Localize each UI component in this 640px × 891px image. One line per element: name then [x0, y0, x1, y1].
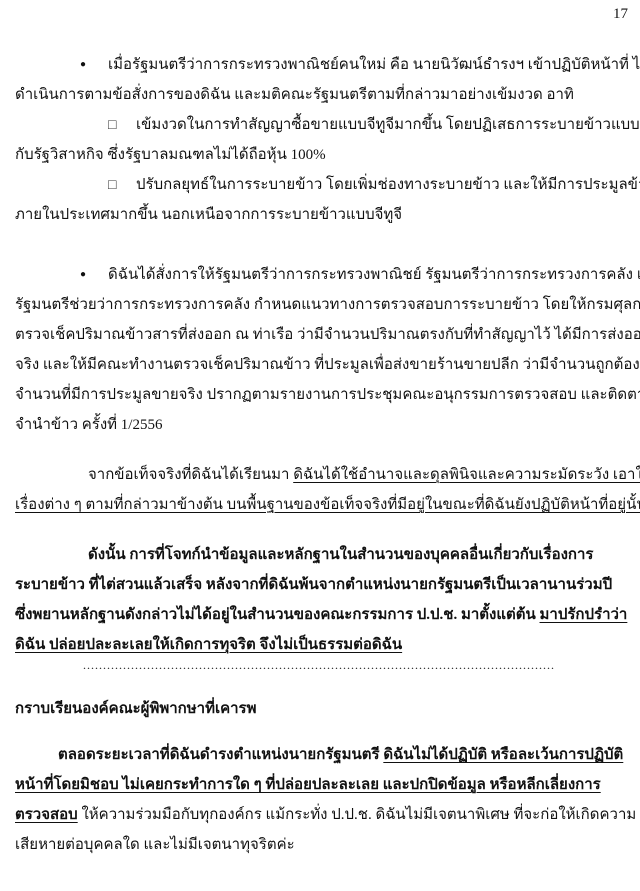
text-segment: ดิฉันไม่ได้ปฏิบัติ หรือละเว้นการปฏิบัติ	[383, 747, 623, 763]
text-line: จากข้อเท็จจริงที่ดิฉันได้เรียนมา ดิฉันได…	[15, 460, 627, 490]
discretion-paragraph: จากข้อเท็จจริงที่ดิฉันได้เรียนมา ดิฉันได…	[15, 460, 627, 520]
text-segment: ตรวจสอบ	[15, 807, 78, 823]
text-line: □ปรับกลยุทธ์ในการระบายข้าว โดยเพิ่มช่องท…	[15, 170, 627, 200]
text-line: ระบายข้าว ที่ไต่สวนแล้วเสร็จ หลังจากที่ด…	[15, 570, 627, 600]
text-segment: ซึ่งพยานหลักฐานดังกล่าวไม่ได้อยู่ในสำนวน…	[15, 607, 540, 623]
text-segment: หน้าที่โดยมิชอบ ไม่เคยกระทำการใด ๆ ที่ปล…	[15, 777, 601, 793]
text-segment: กับรัฐวิสาหกิจ ซึ่งรัฐบาลมณฑลไม่ได้ถือหุ…	[15, 147, 326, 163]
bullet-icon: ●	[80, 50, 108, 80]
text-line: ดังนั้น การที่โจทก์นำข้อมูลและหลักฐานในส…	[15, 540, 627, 570]
text-line: ●ดิฉันได้สั่งการให้รัฐมนตรีว่าการกระทรวง…	[15, 260, 627, 290]
minister-bullet: ●เมื่อรัฐมนตรีว่าการกระทรวงพาณิชย์คนใหม่…	[15, 50, 627, 110]
text-segment: จำนวนที่มีการประมูลขายจริง ปรากฏตามรายงา…	[15, 387, 640, 403]
dotted-separator-line: ........................................…	[83, 654, 555, 676]
text-segment: ดิฉันได้ใช้อำนาจและดุลพินิจและความระมัดร…	[293, 467, 640, 483]
checkbox-icon: □	[108, 171, 136, 201]
text-line: ตรวจสอบ ให้ความร่วมมือกับทุกองค์กร แม้กร…	[15, 800, 627, 830]
text-line: ตรวจเช็คปริมาณข้าวสารที่ส่งออก ณ ท่าเรือ…	[15, 320, 627, 350]
text-line: ภายในประเทศมากขึ้น นอกเหนือจากการระบายข้…	[15, 200, 627, 230]
text-segment: ดิฉันได้สั่งการให้รัฐมนตรีว่าการกระทรวงพ…	[108, 267, 640, 283]
text-segment: เมื่อรัฐมนตรีว่าการกระทรวงพาณิชย์คนใหม่ …	[108, 57, 640, 73]
text-segment: เสียหายต่อบุคคลใด และไม่มีเจตนาทุจริตค่ะ	[15, 837, 295, 853]
text-segment: กราบเรียนองค์คณะผู้พิพากษาที่เคารพ	[15, 701, 256, 717]
page-number: 17	[613, 5, 628, 23]
text-line: จำนำข้าว ครั้งที่ 1/2556	[15, 410, 627, 440]
text-line: รัฐมนตรีช่วยว่าการกระทรวงการคลัง กำหนดแน…	[15, 290, 627, 320]
text-segment: ตลอดระยะเวลาที่ดิฉันดำรงตำแหน่งนายกรัฐมน…	[58, 747, 383, 763]
text-segment: มาปรักปรำว่า	[540, 607, 628, 623]
text-segment: รัฐมนตรีช่วยว่าการกระทรวงการคลัง กำหนดแน…	[15, 297, 640, 313]
gtog-checkbox: □เข้มงวดในการทำสัญญาซื้อขายแบบจีทูจีมากข…	[15, 110, 627, 170]
text-segment: ดังนั้น การที่โจทก์นำข้อมูลและหลักฐานในส…	[88, 547, 593, 563]
closing-paragraph: ตลอดระยะเวลาที่ดิฉันดำรงตำแหน่งนายกรัฐมน…	[15, 740, 627, 860]
text-segment: เข้มงวดในการทำสัญญาซื้อขายแบบจีทูจีมากขึ…	[136, 117, 640, 133]
text-segment: จำนำข้าว ครั้งที่ 1/2556	[15, 417, 162, 433]
text-line: เรื่องต่าง ๆ ตามที่กล่าวมาข้างต้น บนพื้น…	[15, 490, 627, 520]
text-line: ซึ่งพยานหลักฐานดังกล่าวไม่ได้อยู่ในสำนวน…	[15, 600, 627, 630]
bullet-icon: ●	[80, 260, 108, 290]
text-line: เสียหายต่อบุคคลใด และไม่มีเจตนาทุจริตค่ะ	[15, 830, 627, 860]
text-line: จริง และให้มีคณะทำงานตรวจเช็คปริมาณข้าว …	[15, 350, 627, 380]
text-segment: จริง และให้มีคณะทำงานตรวจเช็คปริมาณข้าว …	[15, 357, 640, 373]
strategy-checkbox: □ปรับกลยุทธ์ในการระบายข้าว โดยเพิ่มช่องท…	[15, 170, 627, 230]
text-segment: ให้ความร่วมมือกับทุกองค์กร แม้กระทั่ง ป.…	[78, 807, 637, 823]
inspection-bullet: ●ดิฉันได้สั่งการให้รัฐมนตรีว่าการกระทรวง…	[15, 260, 627, 440]
text-segment: ตรวจเช็คปริมาณข้าวสารที่ส่งออก ณ ท่าเรือ…	[15, 327, 640, 343]
text-line: จำนวนที่มีการประมูลขายจริง ปรากฏตามรายงา…	[15, 380, 627, 410]
plaintiff-paragraph: ดังนั้น การที่โจทก์นำข้อมูลและหลักฐานในส…	[15, 540, 627, 660]
text-line: □เข้มงวดในการทำสัญญาซื้อขายแบบจีทูจีมากข…	[15, 110, 627, 140]
text-segment: ภายในประเทศมากขึ้น นอกเหนือจากการระบายข้…	[15, 207, 402, 223]
salutation-heading: กราบเรียนองค์คณะผู้พิพากษาที่เคารพ	[15, 694, 627, 724]
text-line: หน้าที่โดยมิชอบ ไม่เคยกระทำการใด ๆ ที่ปล…	[15, 770, 627, 800]
text-segment: จากข้อเท็จจริงที่ดิฉันได้เรียนมา	[88, 467, 293, 483]
text-segment: ดิฉัน ปล่อยปละละเลยให้เกิดการทุจริต จึงไ…	[15, 637, 402, 653]
document-body: ●เมื่อรัฐมนตรีว่าการกระทรวงพาณิชย์คนใหม่…	[15, 50, 627, 860]
text-line: กับรัฐวิสาหกิจ ซึ่งรัฐบาลมณฑลไม่ได้ถือหุ…	[15, 140, 627, 170]
text-segment: ระบายข้าว ที่ไต่สวนแล้วเสร็จ หลังจากที่ด…	[15, 577, 612, 593]
text-line: ตลอดระยะเวลาที่ดิฉันดำรงตำแหน่งนายกรัฐมน…	[15, 740, 627, 770]
text-line: ดำเนินการตามข้อสั่งการของดิฉัน และมติคณะ…	[15, 80, 627, 110]
text-line: กราบเรียนองค์คณะผู้พิพากษาที่เคารพ	[15, 694, 627, 724]
text-segment: ดำเนินการตามข้อสั่งการของดิฉัน และมติคณะ…	[15, 87, 574, 103]
checkbox-icon: □	[108, 111, 136, 141]
dotted-separator: ........................................…	[15, 654, 627, 676]
text-segment: ปรับกลยุทธ์ในการระบายข้าว โดยเพิ่มช่องทา…	[136, 177, 640, 193]
text-line: ●เมื่อรัฐมนตรีว่าการกระทรวงพาณิชย์คนใหม่…	[15, 50, 627, 80]
document-page: 17 ●เมื่อรัฐมนตรีว่าการกระทรวงพาณิชย์คนใ…	[0, 0, 640, 891]
text-segment: เรื่องต่าง ๆ ตามที่กล่าวมาข้างต้น บนพื้น…	[15, 497, 640, 513]
